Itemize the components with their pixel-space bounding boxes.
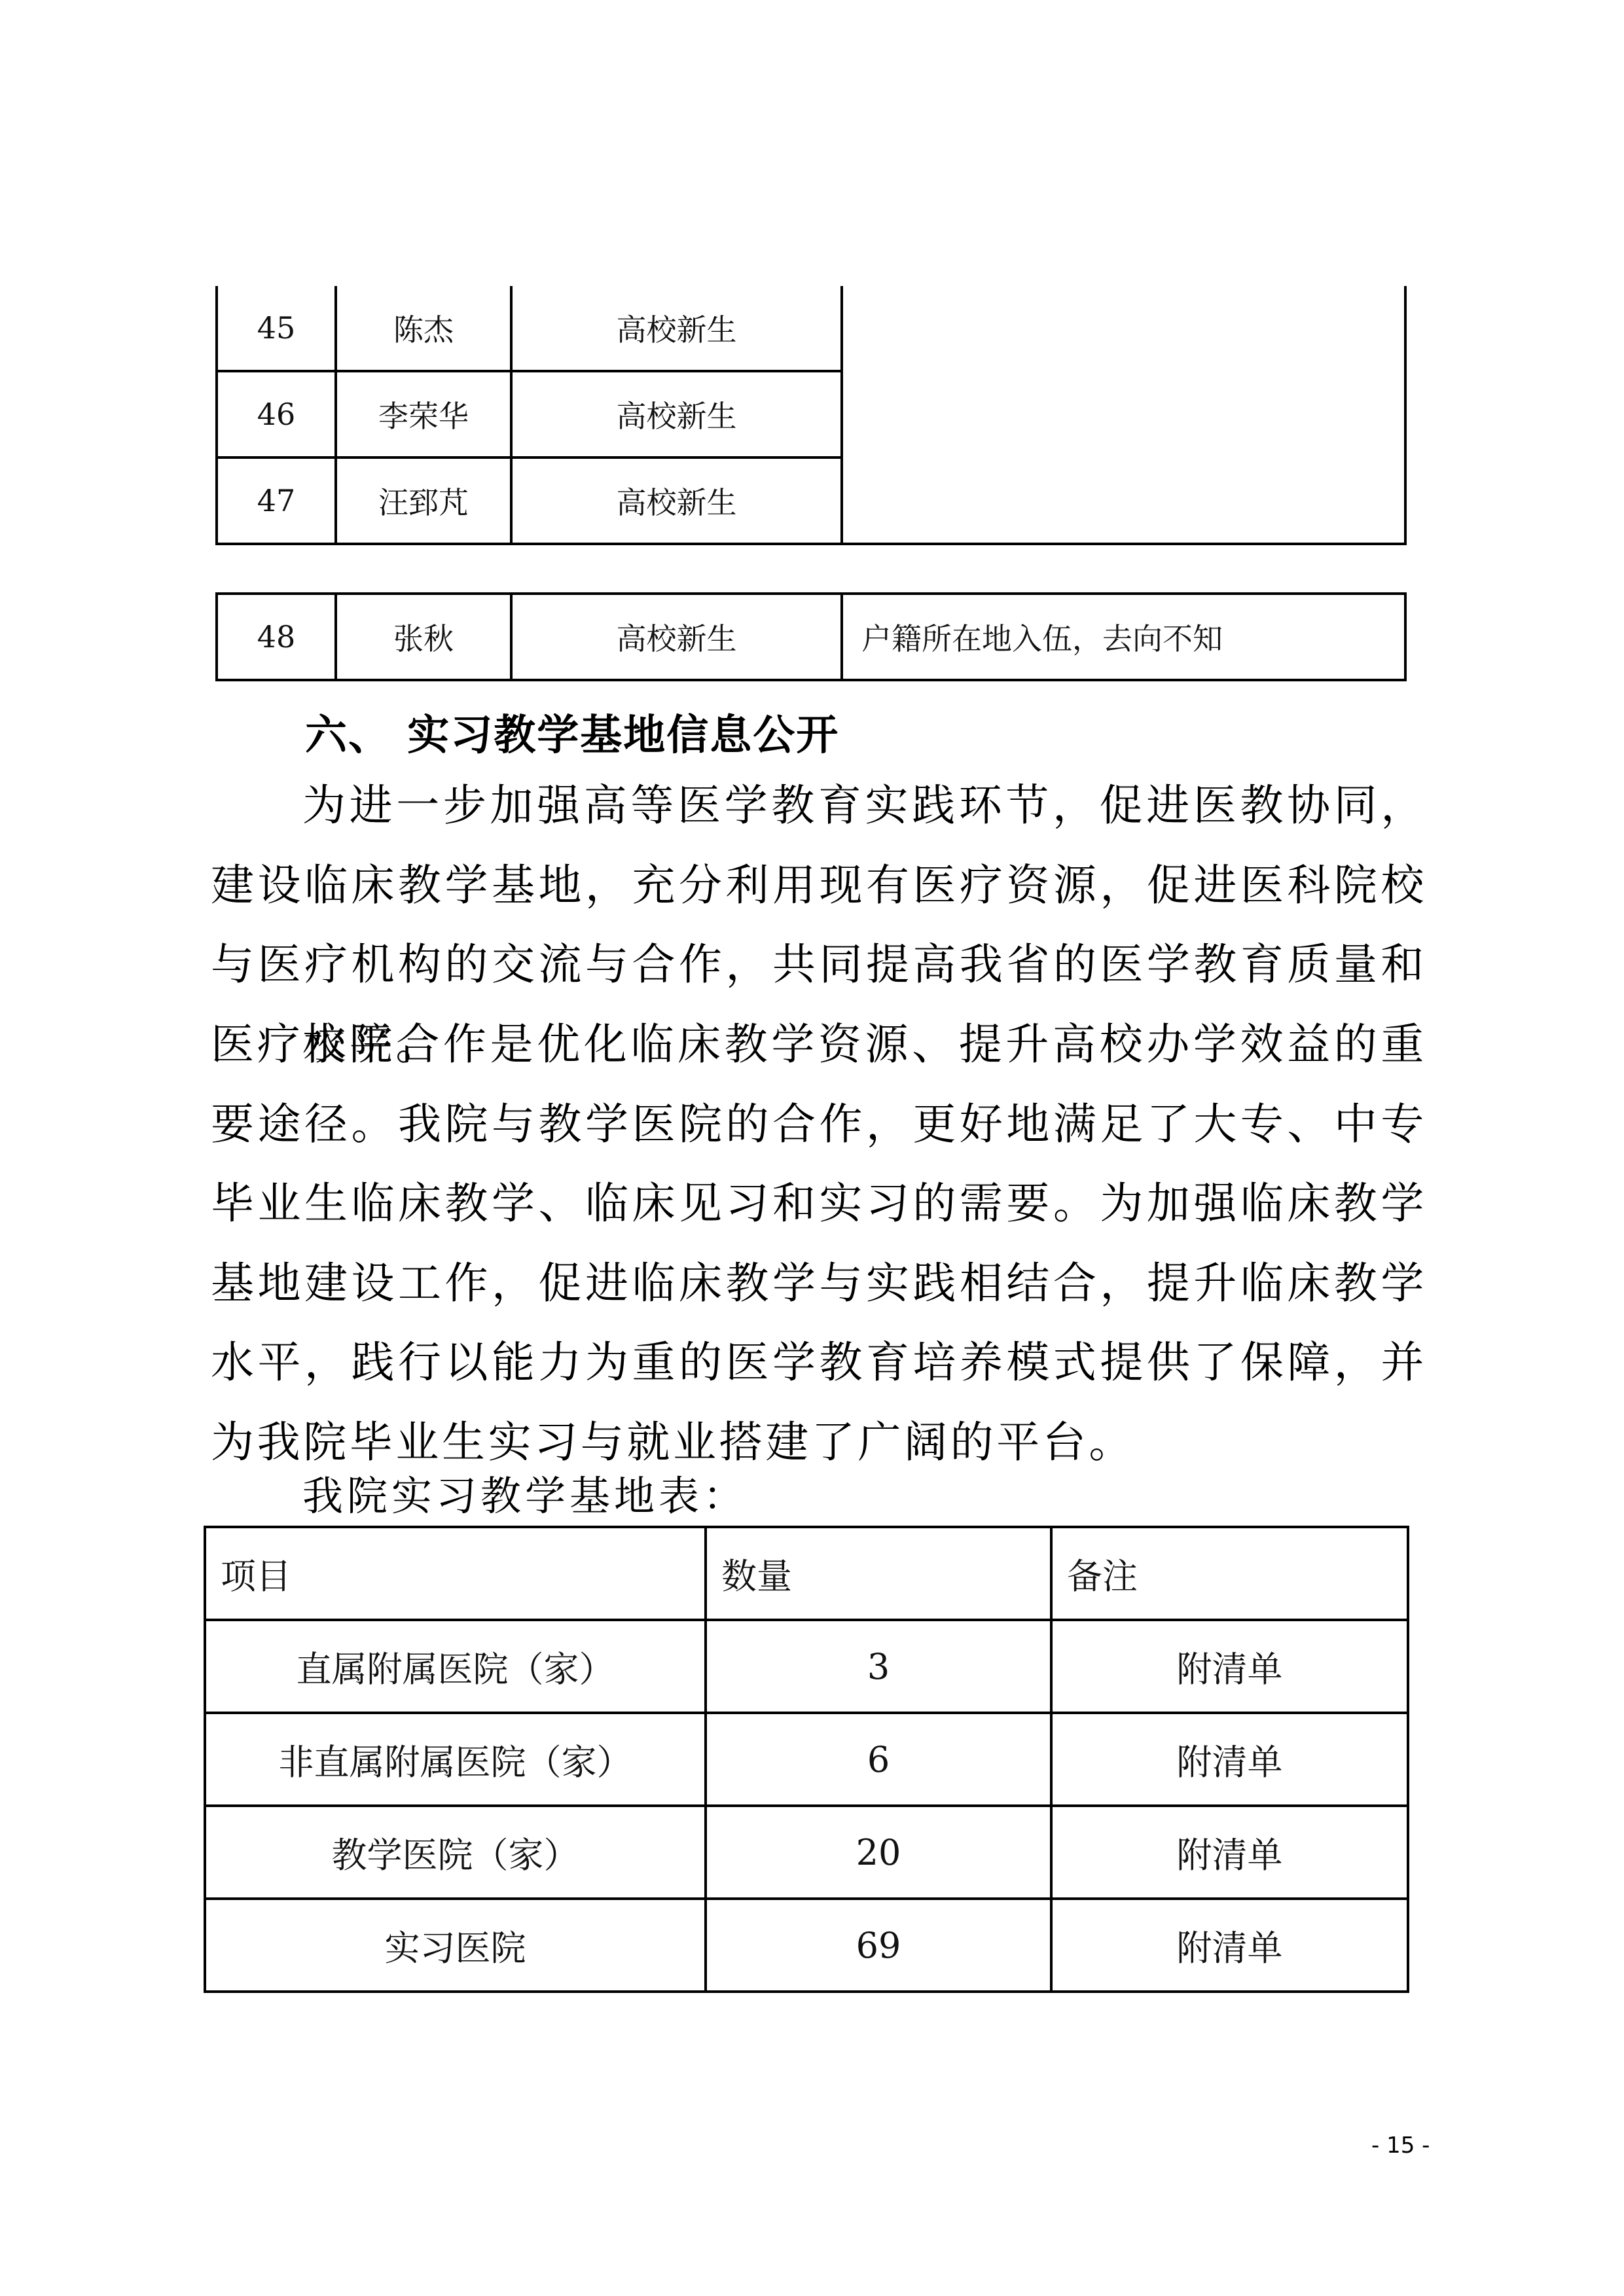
table-row: 非直属附属医院（家） 6 附清单 [205,1713,1408,1806]
paragraph-2: 校院合作是优化临床教学资源、提升高校办学效益的重要途径。我院与教学医院的合作，更… [211,1005,1427,1482]
student-type: 高校新生 [511,371,842,457]
count-cell: 69 [706,1899,1051,1992]
section-heading: 六、 实习教学基地信息公开 [305,702,839,762]
table-row: 45 陈杰 高校新生 [217,286,1405,371]
student-type: 高校新生 [511,457,842,544]
note-cell: 附清单 [1051,1806,1408,1899]
student-name: 汪郅芃 [336,457,511,544]
student-table: 45 陈杰 高校新生 46 李荣华 高校新生 47 汪郅芃 高校新生 [215,286,1407,545]
count-cell: 20 [706,1806,1051,1899]
student-name: 张秋 [336,594,511,680]
row-number: 46 [217,371,336,457]
student-table-continued: 48 张秋 高校新生 户籍所在地入伍，去向不知 [215,592,1407,681]
item-cell: 教学医院（家） [205,1806,706,1899]
header-item: 项目 [205,1527,706,1620]
table-row: 直属附属医院（家） 3 附清单 [205,1620,1408,1713]
teaching-base-table: 项目 数量 备注 直属附属医院（家） 3 附清单 非直属附属医院（家） 6 附清… [204,1526,1409,1993]
row-number: 48 [217,594,336,680]
student-name: 李荣华 [336,371,511,457]
header-note: 备注 [1051,1527,1408,1620]
table-caption: 我院实习教学基地表： [302,1463,748,1522]
note-cell: 附清单 [1051,1713,1408,1806]
note-cell: 附清单 [1051,1620,1408,1713]
count-cell: 3 [706,1620,1051,1713]
count-cell: 6 [706,1713,1051,1806]
student-name: 陈杰 [336,286,511,371]
item-cell: 直属附属医院（家） [205,1620,706,1713]
table-header-row: 项目 数量 备注 [205,1527,1408,1620]
student-note: 户籍所在地入伍，去向不知 [842,594,1405,680]
item-cell: 实习医院 [205,1899,706,1992]
row-number: 47 [217,457,336,544]
note-cell: 附清单 [1051,1899,1408,1992]
student-type: 高校新生 [511,594,842,680]
item-cell: 非直属附属医院（家） [205,1713,706,1806]
merged-note-cell [842,286,1405,544]
header-count: 数量 [706,1527,1051,1620]
page-number: - 15 - [1371,2132,1430,2159]
student-type: 高校新生 [511,286,842,371]
table-row: 48 张秋 高校新生 户籍所在地入伍，去向不知 [217,594,1405,680]
table-row: 教学医院（家） 20 附清单 [205,1806,1408,1899]
row-number: 45 [217,286,336,371]
table-row: 实习医院 69 附清单 [205,1899,1408,1992]
